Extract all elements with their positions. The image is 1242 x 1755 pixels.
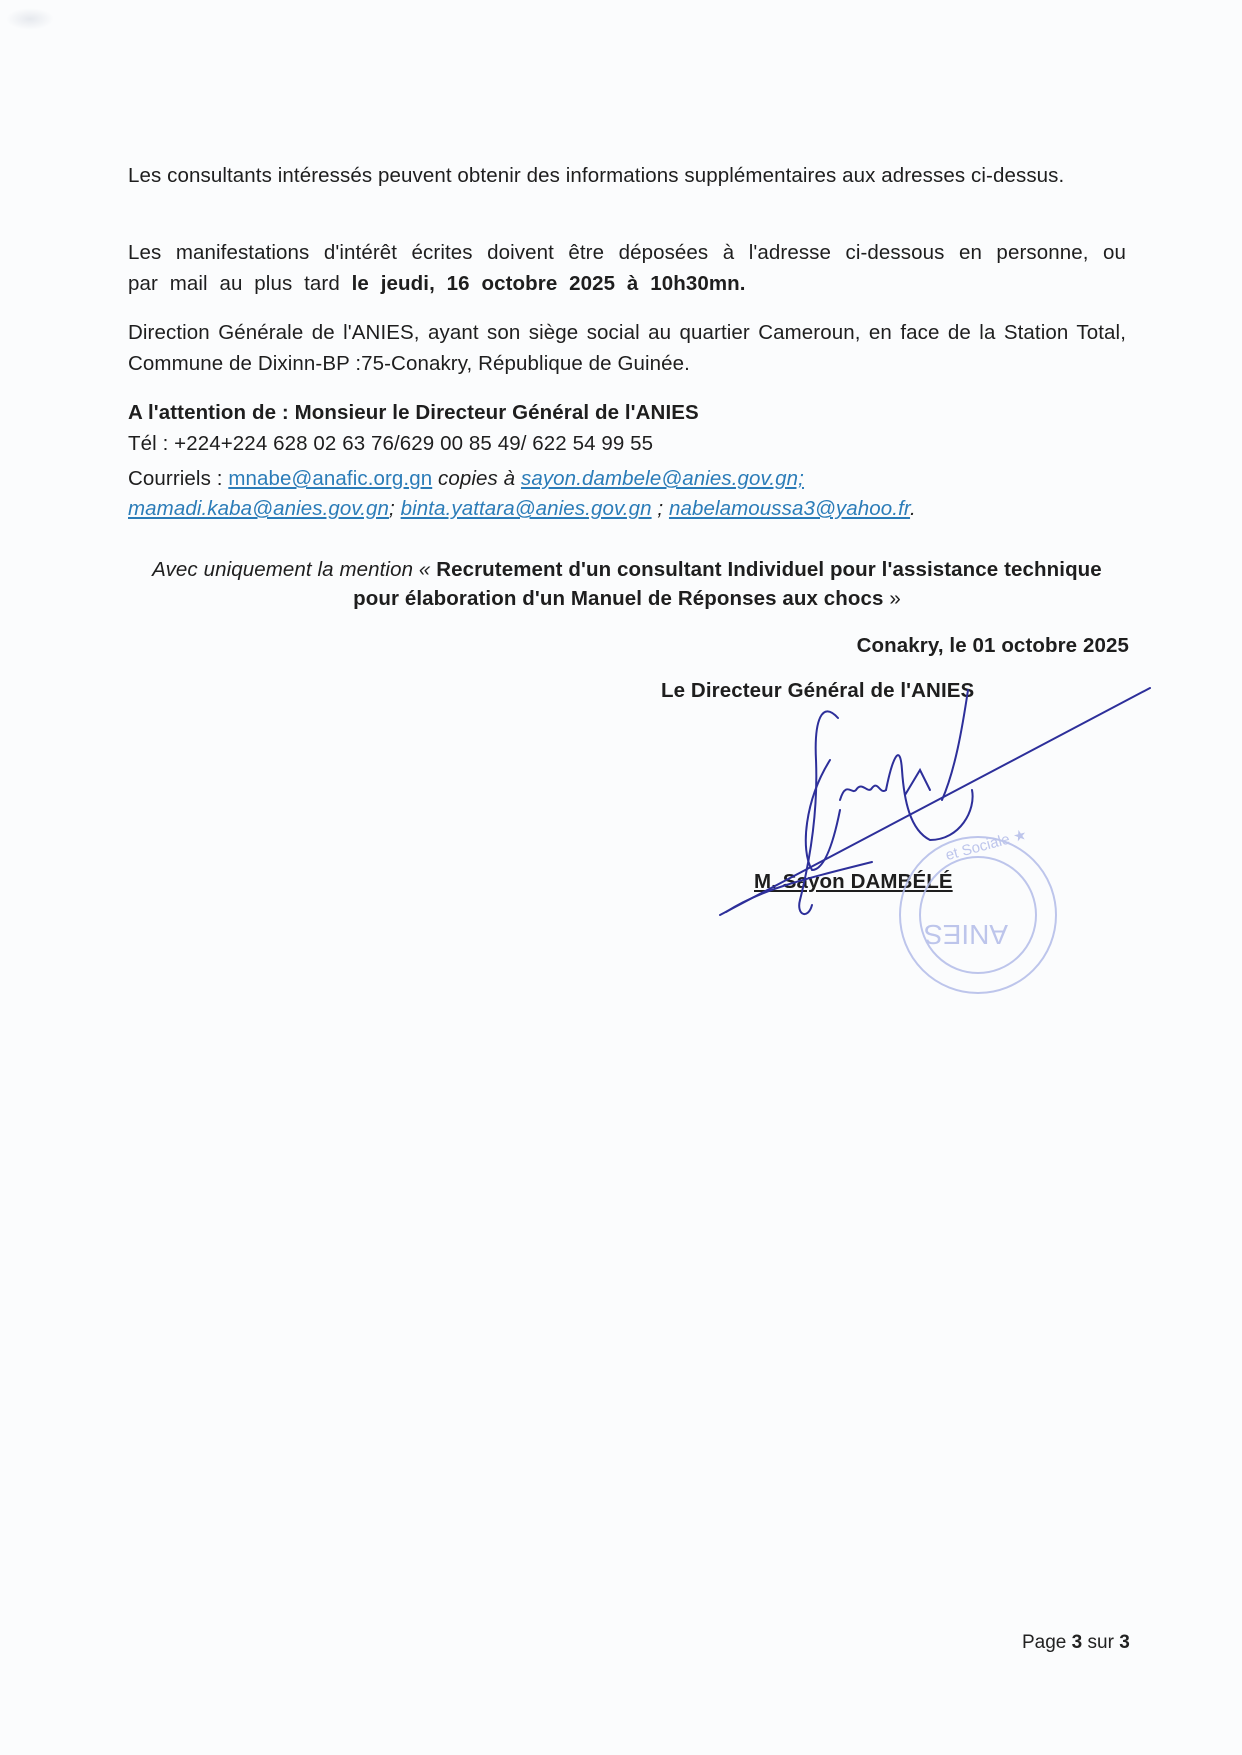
of-label: sur (1082, 1632, 1119, 1653)
deposit-deadline: le jeudi, 16 octobre 2025 à 10h30mn. (352, 272, 746, 295)
svg-text:et Sociale ★: et Sociale ★ (944, 826, 1029, 864)
page-current: 3 (1072, 1632, 1083, 1653)
mention-prefix: Avec uniquement la mention « (152, 558, 436, 581)
emails-line-2: mamadi.kaba@anies.gov.gn; binta.yattara@… (128, 494, 1126, 524)
email-link-mnabe[interactable]: mnabe@anafic.org.gn (228, 467, 432, 490)
email-separator: ; (389, 497, 401, 520)
svg-text:ANIES: ANIES (924, 919, 1008, 950)
email-link-binta[interactable]: binta.yattara@anies.gov.gn (401, 497, 652, 520)
emails-label: Courriels : (128, 467, 228, 490)
copies-label: copies à (432, 467, 521, 490)
deposit-paragraph: Les manifestations d'intérêt écrites doi… (128, 237, 1126, 299)
page-footer: Page 3 sur 3 (1022, 1632, 1130, 1654)
address-paragraph: Direction Générale de l'ANIES, ayant son… (128, 317, 1126, 379)
official-stamp-icon: ANIES et Sociale ★ (900, 826, 1056, 993)
mention-subject: Recrutement d'un consultant Individuel p… (353, 558, 1102, 610)
email-link-nabelamoussa[interactable]: nabelamoussa3@yahoo.fr (669, 497, 910, 520)
place-date: Conakry, le 01 octobre 2025 (857, 630, 1129, 661)
emails-line-1: Courriels : mnabe@anafic.org.gn copies à… (128, 464, 1126, 494)
page-label: Page (1022, 1632, 1072, 1653)
attention-line: A l'attention de : Monsieur le Directeur… (128, 400, 1126, 426)
email-separator: ; (652, 497, 669, 520)
phone-line: Tél : +224+224 628 02 63 76/629 00 85 49… (128, 431, 1126, 457)
email-link-mamadi[interactable]: mamadi.kaba@anies.gov.gn (128, 497, 389, 520)
mention-suffix: » (884, 587, 901, 610)
scan-smudge (6, 8, 54, 30)
signatory-name: M. Sayon DAMBÉLÉ (754, 866, 953, 897)
signatory-title: Le Directeur Général de l'ANIES (661, 675, 974, 706)
info-paragraph: Les consultants intéressés peuvent obten… (128, 160, 1126, 191)
subject-mention: Avec uniquement la mention « Recrutement… (128, 555, 1126, 613)
email-link-sayon[interactable]: sayon.dambele@anies.gov.gn; (521, 467, 804, 490)
email-end: . (910, 497, 916, 520)
page-total: 3 (1119, 1632, 1130, 1653)
